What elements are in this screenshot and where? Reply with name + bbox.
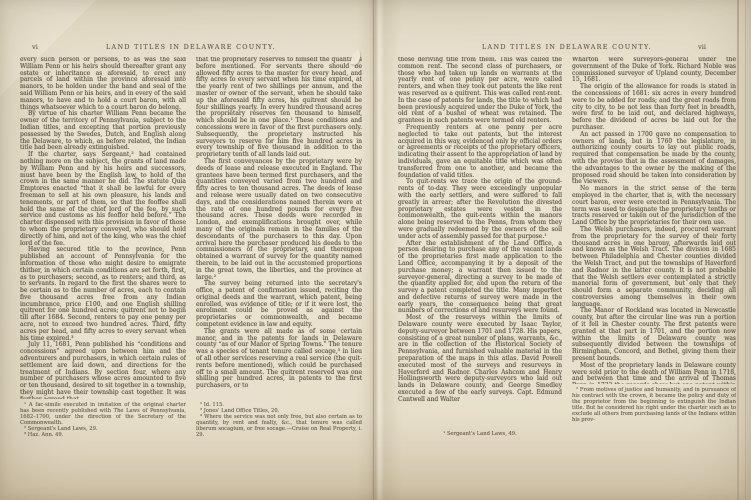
right-col2-text: Wharton were surveyors-general under the… [572,57,736,384]
left-page-column-2: that the proprietary reserves to himself… [196,57,362,439]
right-page-number: vii [692,43,712,51]
paragraph: The survey being returned into the secre… [196,281,362,329]
book-gutter-shadow [356,0,402,500]
paragraph: The grants were all made as of some cert… [196,329,362,390]
paragraph: Most of the proprietary lands in Delawar… [572,363,736,384]
right-col1-footnotes: ¹ Sergeant's Land Laws, 49. [398,431,562,437]
footnote: ¹ Sergeant's Land Laws, 49. [398,431,562,437]
left-col1-footnotes: ¹ A fac-simile executed in imitation of … [20,402,186,439]
right-running-head: LAND TITLES IN DELAWARE COUNTY. [398,43,736,51]
paragraph: After the establishment of the Land Offi… [398,241,562,316]
footnote: ¹ From motives of justice and humanity, … [572,387,736,424]
right-col1-text: those deriving title from them. This was… [398,57,562,428]
left-col1-text: every such person or persons, to as was … [20,57,186,399]
paragraph: that the proprietary reserves to himself… [196,57,362,159]
left-col2-text: that the proprietary reserves to himself… [196,57,362,399]
paragraph: The origin of the allowance for roads is… [572,84,736,132]
left-running-head: LAND TITLES IN DELAWARE COUNTY. [20,43,362,51]
paragraph: An act passed in 1700 gave no compensati… [572,132,736,186]
book-scan: vi LAND TITLES IN DELAWARE COUNTY. every… [0,0,751,500]
paragraph: those deriving title from them. This was… [398,57,562,125]
footnote: ³ Where the service was not only free, b… [196,414,362,438]
paragraph: By virtue of his charter William Penn be… [20,111,186,152]
page-edge-right-inner [745,0,746,500]
footnote: ¹ A fac-simile executed in imitation of … [20,402,186,426]
paragraph: The Manor of Rockland was located in New… [572,308,736,362]
paragraph: Frequently renters at one penny per acre… [398,125,562,179]
paragraph: Wharton were surveyors-general under the… [572,57,736,84]
right-page-column-2: Wharton were surveyors-general under the… [572,57,736,424]
paragraph: If the charter, says Sergeant,² had cont… [20,152,186,247]
paragraph: The first conveyances by the proprietary… [196,159,362,281]
paragraph: No manors in the strict sense of the ter… [572,186,736,227]
paragraph: The Welsh purchasers, indeed, procured w… [572,227,736,309]
right-page-column-1: those deriving title from them. This was… [398,57,562,437]
book-gutter-fold-line [373,0,374,500]
paragraph: Having secured title to the province, Pe… [20,247,186,342]
paragraph: every such person or persons, to as was … [20,57,186,111]
paragraph: Most of the resurveys within the limits … [398,315,562,403]
left-col2-footnotes: ¹ Id. 115.² Jones' Land Office Titles, 2… [196,402,362,439]
right-col2-footnotes: ¹ From motives of justice and humanity, … [572,387,736,424]
left-page-column-1: every such person or persons, to as was … [20,57,186,439]
paragraph: July 11, 1681, Penn published his “condi… [20,342,186,399]
footnote: ³ Haz. Ann. 49. [20,432,186,438]
page-edge-right [737,0,739,500]
paragraph: To quit-rents we trace the origin of the… [398,179,562,240]
